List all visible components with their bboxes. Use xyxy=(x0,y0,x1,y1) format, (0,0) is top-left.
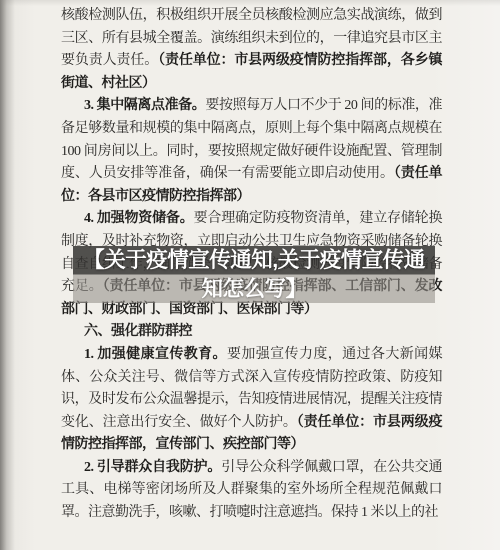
paragraph: 2. 引导群众自我防护。引导公众科学佩戴口罩，在公共交通工具、电梯等密闭场所及人… xyxy=(61,457,442,525)
paragraph: 1. 加强健康宣传教育。要加强宣传力度，通过各大新闻媒体、公众关注号、微信等方式… xyxy=(61,344,442,457)
watermark-caption-banner: 【关于疫情宣传通知,关于疫情宣传通知怎么写】 xyxy=(73,246,435,303)
watermark-caption-text: 【关于疫情宣传通知,关于疫情宣传通知怎么写】 xyxy=(73,246,435,303)
item-lead: 2. 引导群众自我防护。 xyxy=(84,460,221,475)
item-lead: 4. 加强物资储备。 xyxy=(84,211,194,226)
scanned-document-page: 核酸检测队伍，积极组织开展全员核酸检测应急实战演练，做到三区、所有县城全覆盖。演… xyxy=(0,0,500,550)
item-lead: 3. 集中隔离点准备。 xyxy=(84,98,205,113)
section-heading: 六、强化群防群控 xyxy=(61,321,442,344)
scan-edge-shadow-left xyxy=(0,0,15,550)
item-lead: 1. 加强健康宣传教育。 xyxy=(84,347,227,362)
paragraph: 核酸检测队伍，积极组织开展全员核酸检测应急实战演练，做到三区、所有县城全覆盖。演… xyxy=(61,5,442,95)
paragraph: 3. 集中隔离点准备。要按照每万人口不少于 20 间的标准，准备足够数量和规模的… xyxy=(61,95,442,208)
